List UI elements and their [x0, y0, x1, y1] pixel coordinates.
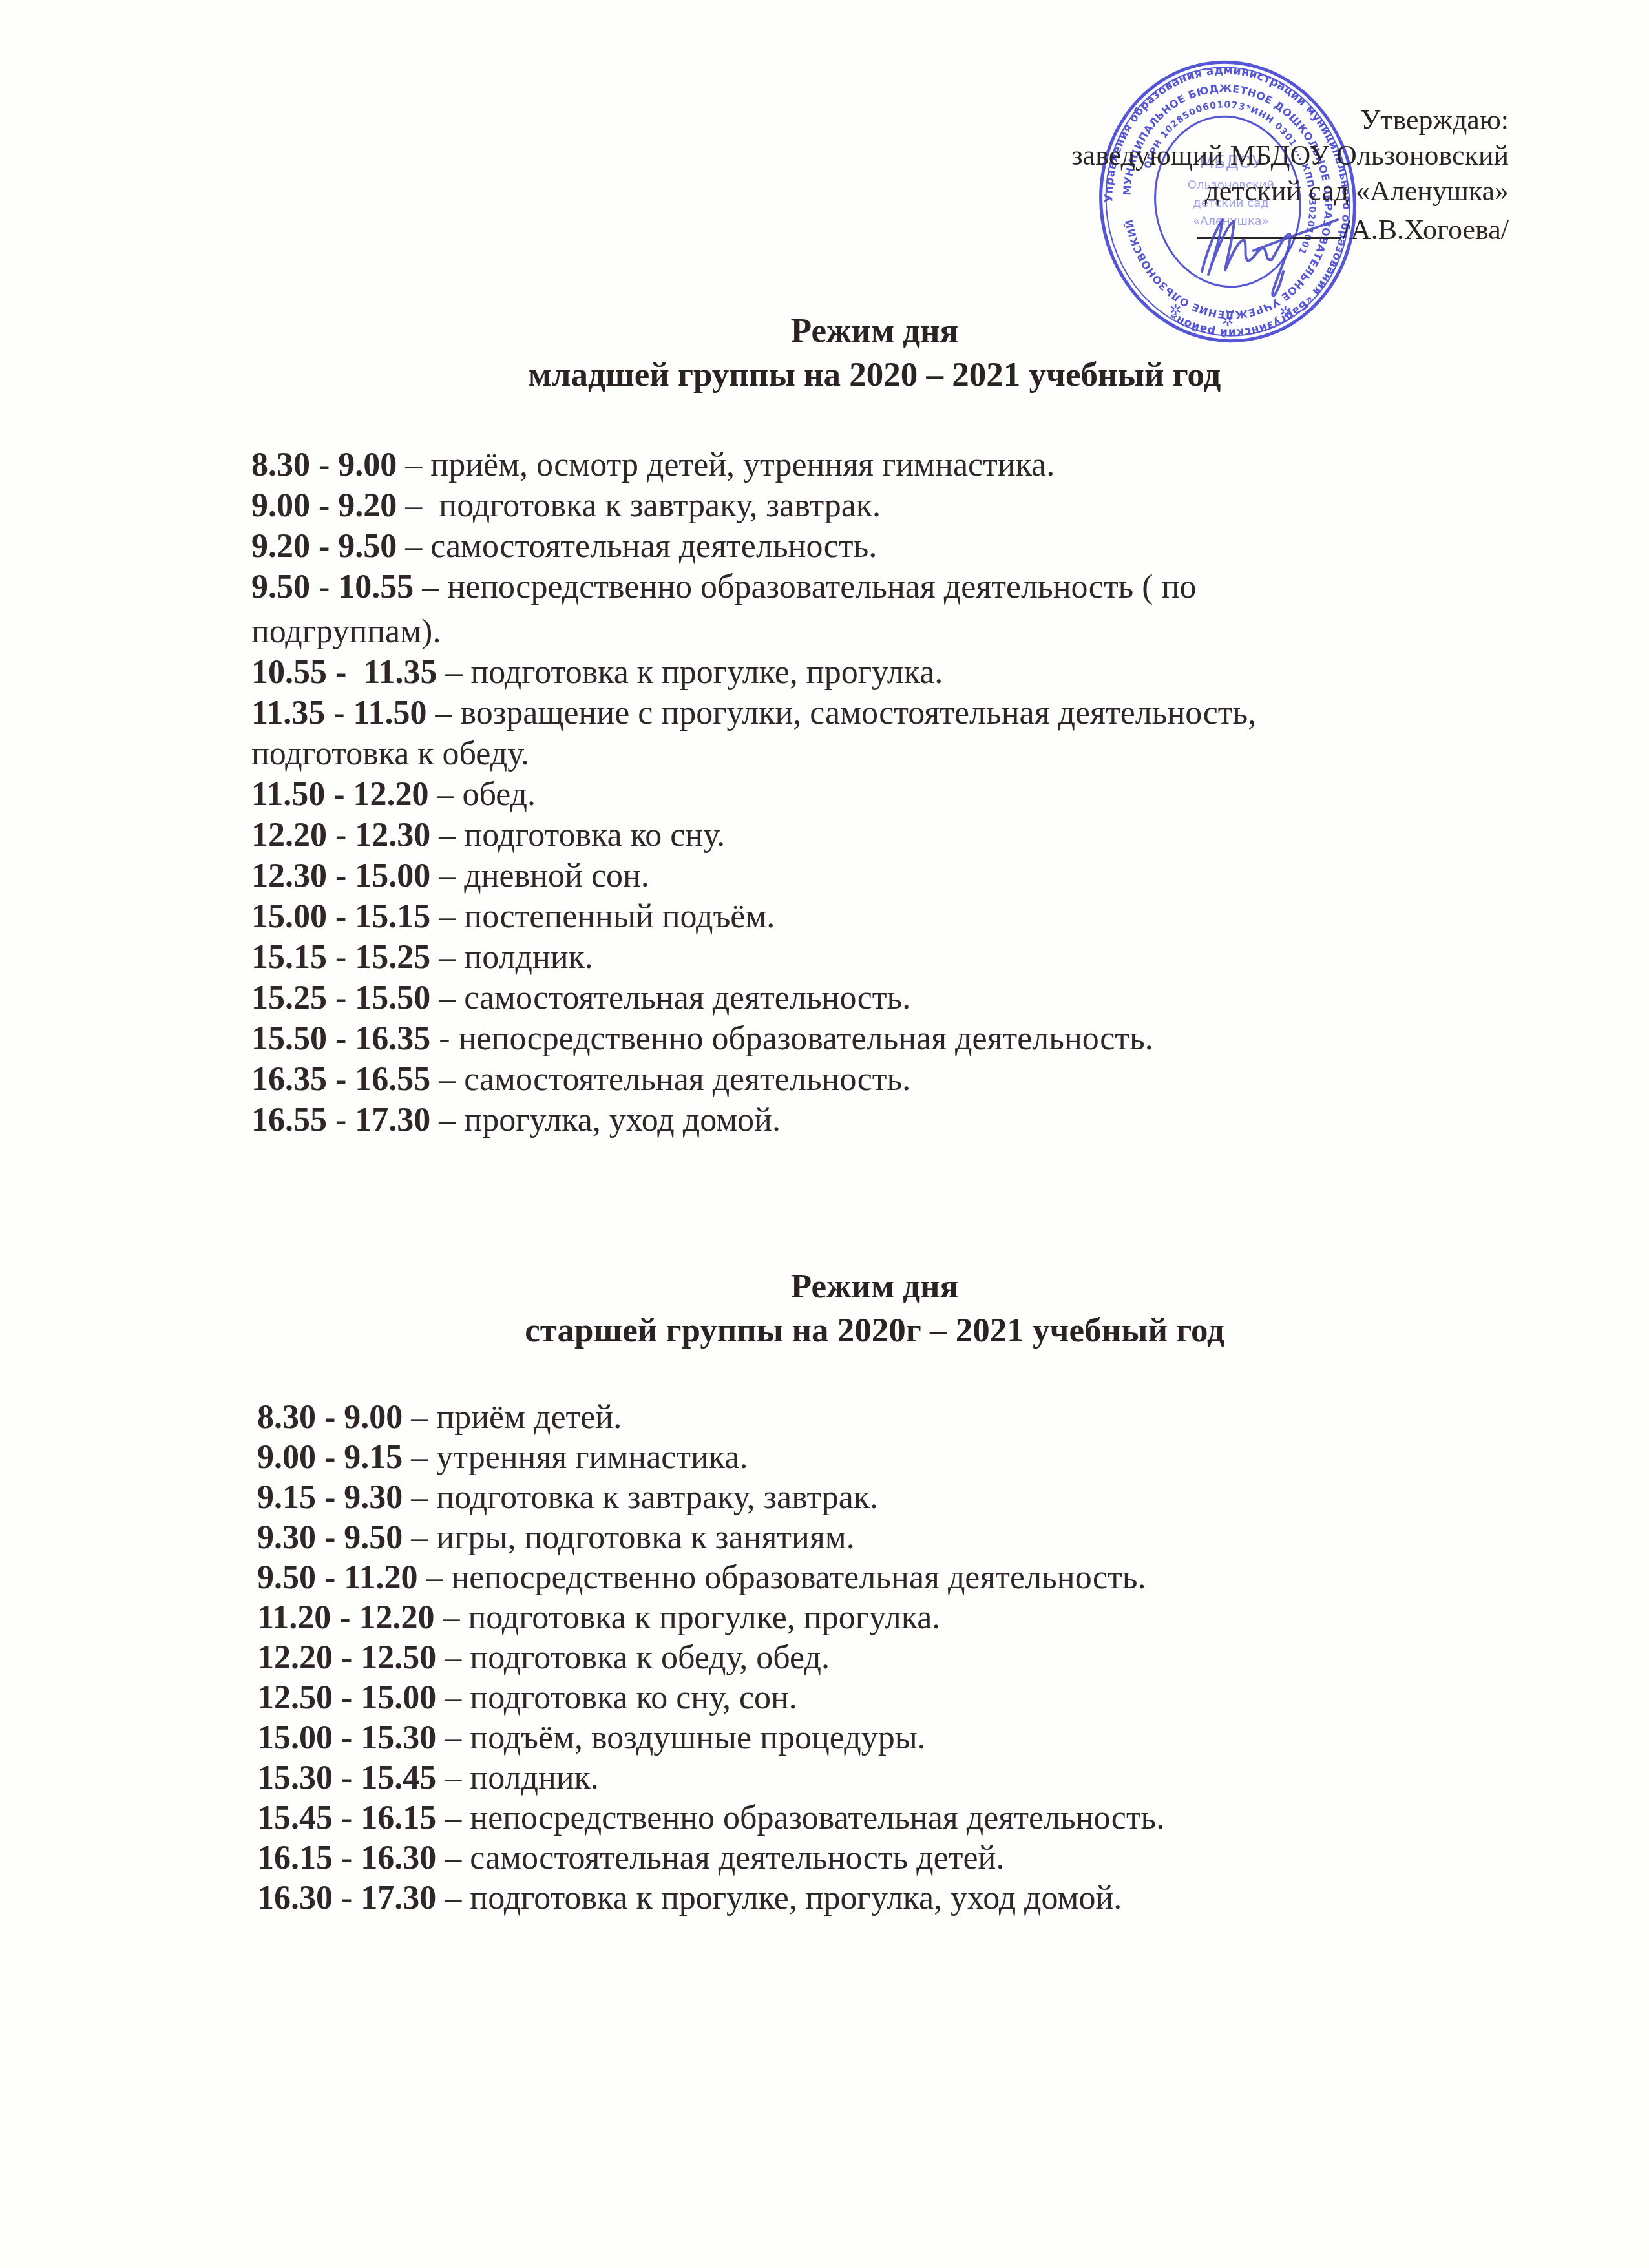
schedule-time-range: 9.50 - 11.20 — [257, 1559, 417, 1596]
schedule-item: 11.20 - 12.20 – подготовка к прогулке, п… — [257, 1598, 1517, 1638]
schedule-separator: – — [403, 1479, 436, 1516]
schedule-time-range: 11.20 - 12.20 — [257, 1599, 434, 1636]
approval-heading: Утверждаю: — [1071, 102, 1509, 138]
schedule-time-range: 9.50 - 10.55 — [251, 569, 414, 605]
schedule-activity: подготовка к прогулке, прогулка, уход до… — [470, 1880, 1122, 1916]
schedule-time-range: 16.35 - 16.55 — [251, 1061, 430, 1098]
schedule-activity: подготовка ко сну. — [464, 817, 725, 854]
schedule-item: 16.30 - 17.30 – подготовка к прогулке, п… — [257, 1878, 1517, 1918]
schedule-separator: – — [436, 1800, 470, 1836]
schedule-time-range: 11.50 - 12.20 — [251, 776, 428, 813]
schedule-list-senior: 8.30 - 9.00 – приём детей.9.00 - 9.15 – … — [257, 1398, 1517, 1918]
document-page: Управления образования администрации мун… — [0, 0, 1649, 2268]
schedule-activity: полдник. — [464, 939, 593, 976]
schedule-separator: – — [417, 1559, 451, 1596]
schedule-time-range: 16.15 - 16.30 — [257, 1840, 436, 1876]
schedule-time-range: 9.00 - 9.20 — [251, 487, 397, 524]
schedule-separator: – — [436, 1759, 470, 1796]
schedule-time-range: 16.55 - 17.30 — [251, 1102, 430, 1139]
schedule-separator: - — [430, 1020, 458, 1057]
schedule-item: 11.50 - 12.20 – обед. — [251, 774, 1511, 815]
schedule-time-range: 10.55 - 11.35 — [251, 654, 437, 691]
schedule-list-junior: 8.30 - 9.00 – приём, осмотр детей, утрен… — [251, 445, 1511, 1140]
schedule-activity: подготовка к прогулке, прогулка. — [470, 654, 943, 691]
schedule-activity: непосредственно образовательная деятельн… — [451, 1559, 1146, 1596]
schedule-separator: – — [403, 1439, 436, 1476]
schedule-time-range: 8.30 - 9.00 — [251, 446, 397, 483]
schedule-item: 15.30 - 15.45 – полдник. — [257, 1758, 1517, 1798]
schedule-separator: – — [436, 1840, 470, 1876]
schedule-item: 9.00 - 9.20 – подготовка к завтраку, зав… — [251, 485, 1511, 526]
schedule-separator: – — [403, 1519, 436, 1556]
schedule-item: 16.55 - 17.30 – прогулка, уход домой. — [251, 1100, 1511, 1140]
schedule-activity: постепенный подъём. — [464, 898, 775, 935]
schedule-activity: самостоятельная деятельность. — [430, 528, 877, 565]
schedule-separator: – — [437, 654, 470, 691]
schedule-separator: – — [430, 980, 464, 1016]
schedule-time-range: 15.00 - 15.15 — [251, 898, 430, 935]
schedule-item: 10.55 - 11.35 – подготовка к прогулке, п… — [251, 652, 1511, 693]
schedule-time-range: 9.15 - 9.30 — [257, 1479, 403, 1516]
schedule-activity: приём, осмотр детей, утренняя гимнастика… — [430, 446, 1055, 483]
svg-text:✲: ✲ — [1170, 302, 1181, 319]
schedule-separator: – — [397, 528, 430, 565]
schedule-item: 12.30 - 15.00 – дневной сон. — [251, 856, 1511, 896]
schedule-item: 15.00 - 15.15 – постепенный подъём. — [251, 896, 1511, 937]
schedule-separator: – — [414, 569, 447, 605]
schedule-separator: – — [436, 1719, 470, 1756]
schedule-activity: приём детей. — [436, 1399, 622, 1436]
schedule-item: 8.30 - 9.00 – приём детей. — [257, 1398, 1517, 1438]
schedule-item: 9.50 - 11.20 – непосредственно образоват… — [257, 1558, 1517, 1598]
schedule-item: 9.50 - 10.55 – непосредственно образоват… — [251, 567, 1498, 652]
section-title-line1: Режим дня — [240, 1265, 1509, 1308]
schedule-time-range: 15.30 - 15.45 — [257, 1759, 436, 1796]
schedule-separator: – — [430, 898, 464, 935]
schedule-activity: самостоятельная деятельность. — [464, 1061, 910, 1098]
schedule-separator: – — [430, 1061, 464, 1098]
schedule-activity: непосредственно образовательная деятельн… — [459, 1020, 1153, 1057]
schedule-activity: подъём, воздушные процедуры. — [470, 1719, 925, 1756]
schedule-activity: подготовка ко сну, сон. — [470, 1679, 797, 1716]
schedule-activity: утренняя гимнастика. — [436, 1439, 748, 1476]
schedule-item: 16.35 - 16.55 – самостоятельная деятельн… — [251, 1059, 1511, 1100]
approver-position: заведующий МБДОУ Ользоновский — [1071, 138, 1509, 173]
schedule-item: 16.15 - 16.30 – самостоятельная деятельн… — [257, 1838, 1517, 1878]
schedule-activity: обед. — [462, 776, 536, 813]
schedule-item: 9.30 - 9.50 – игры, подготовка к занятия… — [257, 1518, 1517, 1558]
schedule-item: 9.20 - 9.50 – самостоятельная деятельнос… — [251, 526, 1511, 567]
schedule-item: 9.15 - 9.30 – подготовка к завтраку, зав… — [257, 1478, 1517, 1518]
schedule-item: 15.45 - 16.15 – непосредственно образова… — [257, 1798, 1517, 1838]
schedule-separator: – — [434, 1599, 468, 1636]
schedule-item: 15.00 - 15.30 – подъём, воздушные процед… — [257, 1718, 1517, 1758]
schedule-item: 12.50 - 15.00 – подготовка ко сну, сон. — [257, 1678, 1517, 1718]
schedule-separator: – — [436, 1639, 470, 1676]
schedule-time-range: 12.20 - 12.50 — [257, 1639, 436, 1676]
schedule-separator: – — [428, 776, 462, 813]
schedule-activity: непосредственно образовательная деятельн… — [447, 569, 1196, 605]
schedule-separator: – — [436, 1880, 470, 1916]
schedule-time-range: 11.35 - 11.50 — [251, 695, 427, 731]
schedule-time-range: 15.45 - 16.15 — [257, 1800, 436, 1836]
schedule-time-range: 15.25 - 15.50 — [251, 980, 430, 1016]
section-title-line2: младшей группы на 2020 – 2021 учебный го… — [240, 353, 1509, 397]
schedule-activity: подготовка к завтраку, завтрак. — [439, 487, 881, 524]
schedule-separator: – — [427, 695, 461, 731]
schedule-activity: полдник. — [470, 1759, 598, 1796]
schedule-item: 15.25 - 15.50 – самостоятельная деятельн… — [251, 978, 1511, 1018]
schedule-time-range: 9.00 - 9.15 — [257, 1439, 403, 1476]
schedule-separator: – — [430, 1102, 464, 1139]
schedule-separator: – — [403, 1399, 436, 1436]
schedule-time-range: 15.15 - 15.25 — [251, 939, 430, 976]
schedule-activity-continuation: подгруппам). — [251, 611, 1498, 652]
schedule-activity: подготовка к обеду, обед. — [470, 1639, 830, 1676]
schedule-activity: подготовка к завтраку, завтрак. — [436, 1479, 878, 1516]
schedule-separator: – — [430, 817, 464, 854]
schedule-item: 9.00 - 9.15 – утренняя гимнастика. — [257, 1438, 1517, 1478]
schedule-time-range: 12.20 - 12.30 — [251, 817, 430, 854]
schedule-activity: дневной сон. — [464, 857, 649, 894]
schedule-item: 11.35 - 11.50 – возращение с прогулки, с… — [251, 693, 1498, 774]
section-title-line2: старшей группы на 2020г – 2021 учебный г… — [240, 1308, 1509, 1352]
schedule-item: 12.20 - 12.30 – подготовка ко сну. — [251, 815, 1511, 856]
schedule-time-range: 9.20 - 9.50 — [251, 528, 397, 565]
schedule-item: 15.50 - 16.35 - непосредственно образова… — [251, 1018, 1511, 1059]
schedule-time-range: 16.30 - 17.30 — [257, 1880, 436, 1916]
schedule-activity: прогулка, уход домой. — [464, 1102, 781, 1139]
schedule-separator: – — [397, 446, 430, 483]
schedule-activity: самостоятельная деятельность. — [464, 980, 910, 1016]
schedule-time-range: 12.30 - 15.00 — [251, 857, 430, 894]
schedule-activity: игры, подготовка к занятиям. — [436, 1519, 854, 1556]
approver-name: /А.В.Хогоева/ — [1343, 214, 1509, 246]
schedule-time-range: 15.00 - 15.30 — [257, 1719, 436, 1756]
schedule-activity-continuation: подготовка к обеду. — [251, 733, 1498, 774]
schedule-activity: подготовка к прогулке, прогулка. — [468, 1599, 940, 1636]
schedule-time-range: 15.50 - 16.35 — [251, 1020, 430, 1057]
schedule-item: 8.30 - 9.00 – приём, осмотр детей, утрен… — [251, 445, 1511, 485]
schedule-separator: – — [430, 939, 464, 976]
schedule-time-range: 9.30 - 9.50 — [257, 1519, 403, 1556]
schedule-time-range: 8.30 - 9.00 — [257, 1399, 403, 1436]
schedule-time-range: 12.50 - 15.00 — [257, 1679, 436, 1716]
section-title-senior: Режим дня старшей группы на 2020г – 2021… — [240, 1265, 1509, 1352]
schedule-activity: возращение с прогулки, самостоятельная д… — [461, 695, 1257, 731]
schedule-activity: самостоятельная деятельность детей. — [470, 1840, 1004, 1876]
schedule-item: 12.20 - 12.50 – подготовка к обеду, обед… — [257, 1638, 1517, 1678]
schedule-separator: – — [397, 487, 439, 524]
signature-icon — [1182, 194, 1344, 317]
schedule-separator: – — [436, 1679, 470, 1716]
schedule-activity: непосредственно образовательная деятельн… — [470, 1800, 1164, 1836]
schedule-separator: – — [430, 857, 464, 894]
schedule-item: 15.15 - 15.25 – полдник. — [251, 937, 1511, 978]
